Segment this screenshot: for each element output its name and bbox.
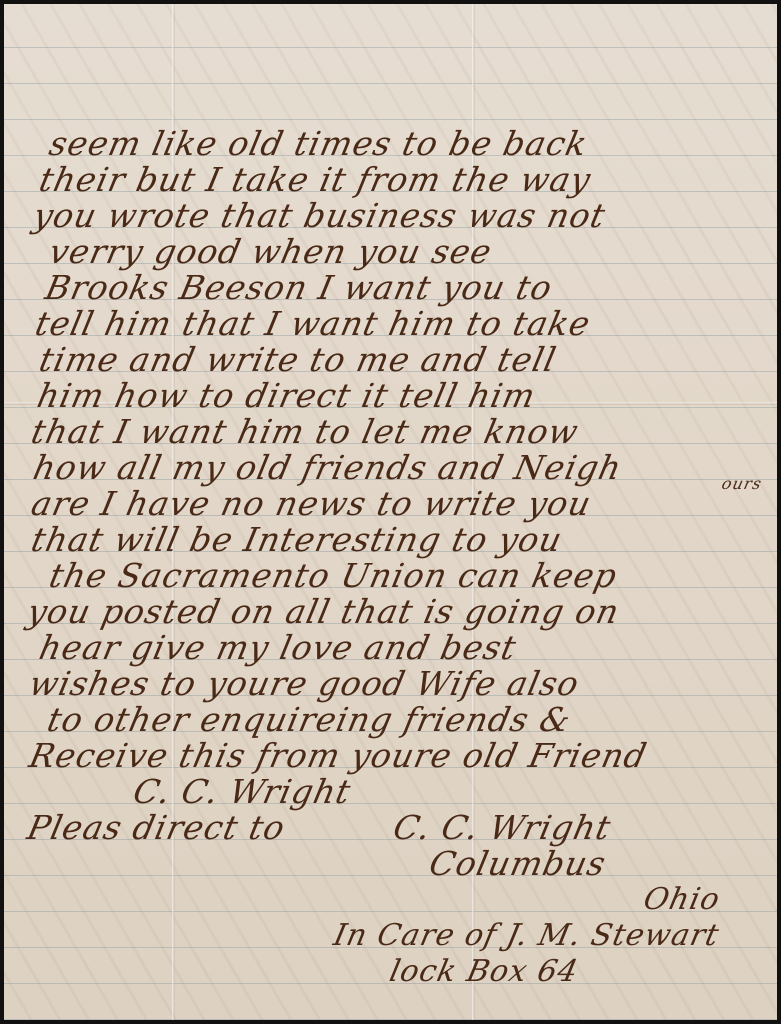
- direction-label: Pleas direct to: [24, 810, 288, 846]
- letter-line: the Sacramento Union can keep: [46, 558, 620, 594]
- address-box: lock Box 64: [386, 954, 582, 990]
- letter-insertion: ours: [718, 466, 765, 502]
- letter-line: you posted on all that is going on: [24, 594, 623, 630]
- letter-line: hear give my love and best: [36, 630, 520, 666]
- letter-line: Receive this from youre old Friend: [26, 738, 650, 774]
- letter-line: Brooks Beeson I want you to: [42, 270, 556, 306]
- letter-line: verry good when you see: [46, 234, 495, 270]
- signature: C. C. Wright: [130, 774, 354, 810]
- address-care-of: In Care of J. M. Stewart: [330, 918, 722, 954]
- letter-line: time and write to me and tell: [36, 342, 560, 378]
- letter-line: wishes to youre good Wife also: [26, 666, 582, 702]
- letter-line: how all my old friends and Neigh: [30, 450, 625, 486]
- letter-line: seem like old times to be back: [46, 126, 591, 162]
- letter-line: are I have no news to write you: [28, 486, 595, 522]
- letter-line: to other enquireing friends &: [44, 702, 574, 738]
- address-state: Ohio: [640, 882, 723, 918]
- letter-text: seem like old times to be back their but…: [4, 4, 777, 1020]
- address-city: Columbus: [426, 846, 609, 882]
- letter-line: him how to direct it tell him: [34, 378, 539, 414]
- letter-line: their but I take it from the way: [36, 162, 594, 198]
- letter-line: that I want him to let me know: [28, 414, 582, 450]
- letter-line: you wrote that business was not: [30, 198, 609, 234]
- letter-page: seem like old times to be back their but…: [4, 4, 777, 1020]
- letter-line: tell him that I want him to take: [32, 306, 594, 342]
- address-name: C. C. Wright: [390, 810, 614, 846]
- letter-line: that will be Interesting to you: [28, 522, 566, 558]
